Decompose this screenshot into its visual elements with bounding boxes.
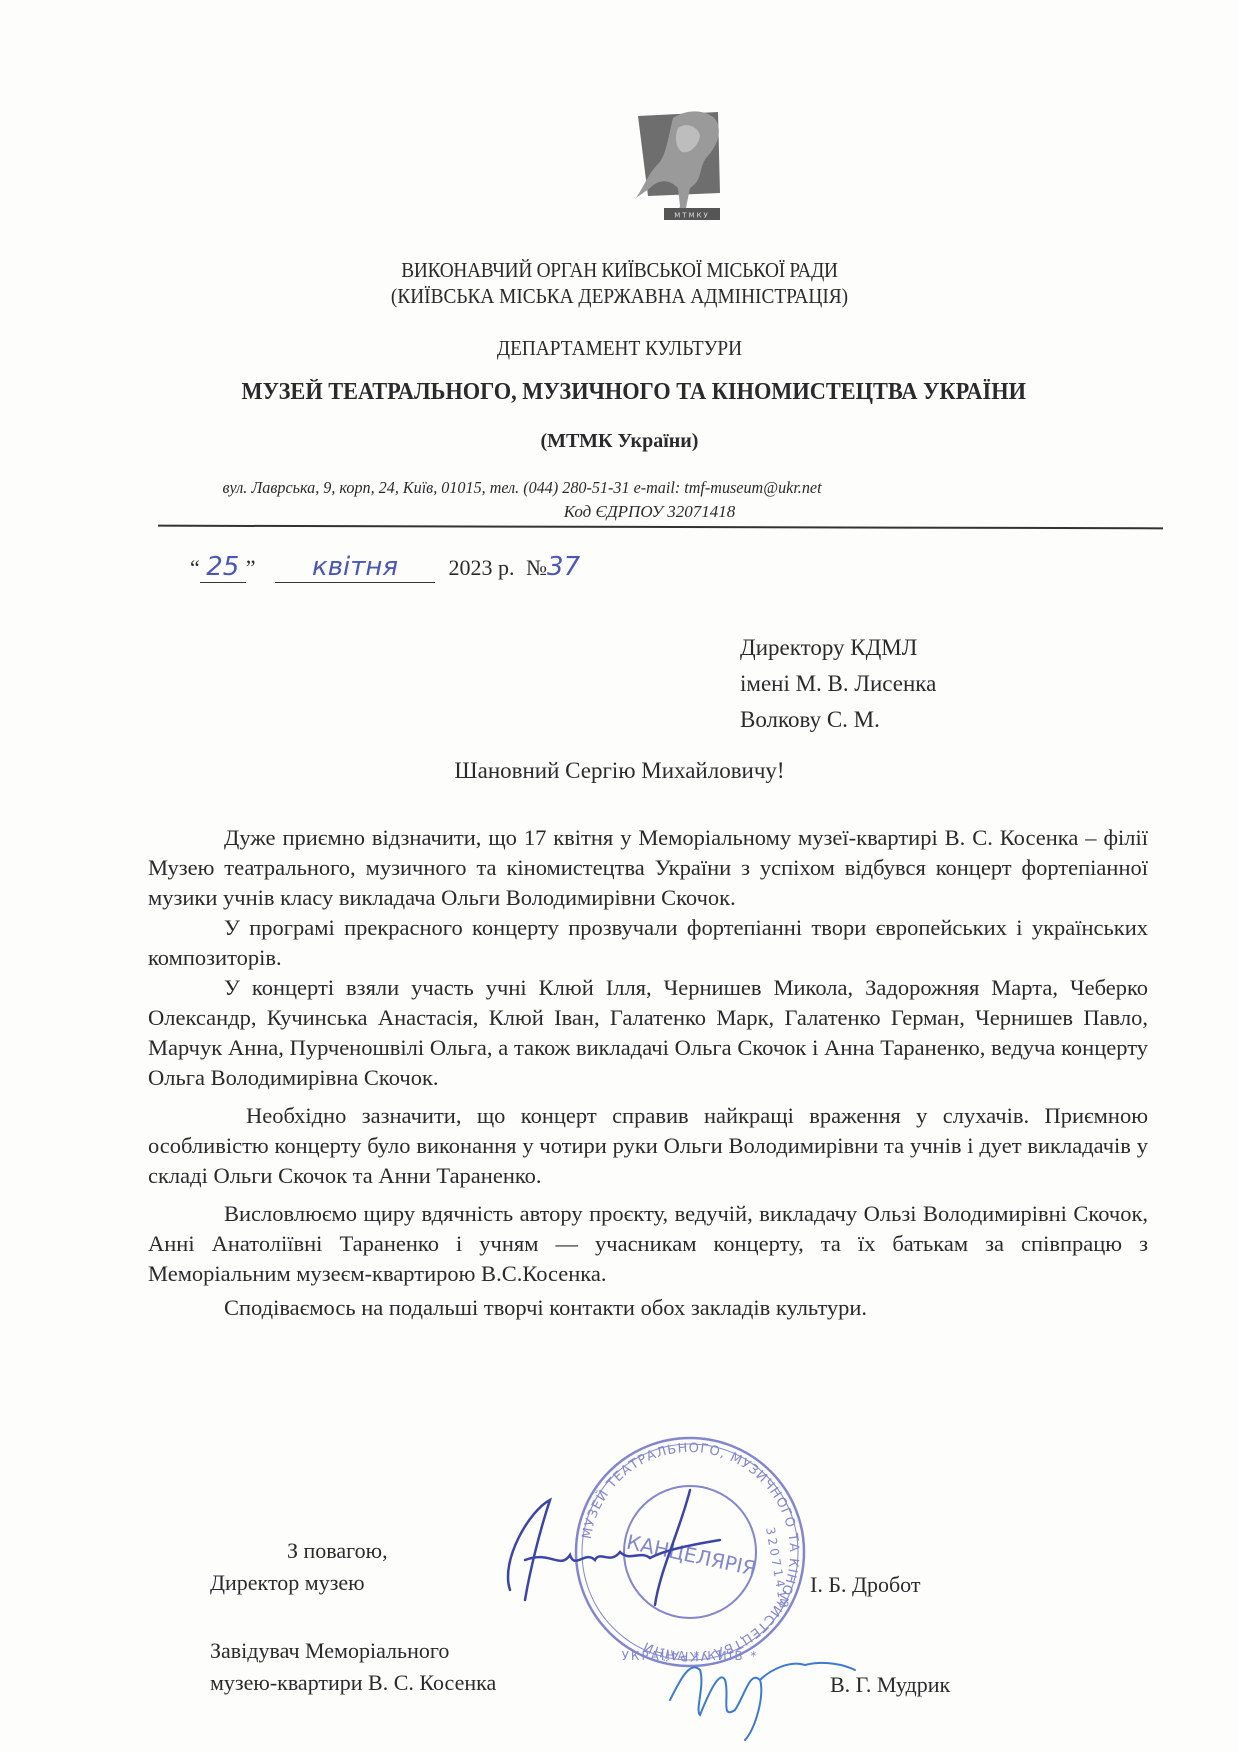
body-paragraph: У програмі прекрасного концерту прозвуча… <box>148 913 1148 973</box>
closing-phrase: З повагою, <box>287 1538 388 1564</box>
museum-logo: МТМКУ <box>628 108 748 223</box>
museum-address: вул. Лаврська, 9, корп, 24, Київ, 01015,… <box>223 478 1078 498</box>
edrpou-code: Код ЄДРПОУ 32071418 <box>0 502 1239 522</box>
head-name: В. Г. Мудрик <box>830 1672 950 1698</box>
museum-abbreviation: (МТМК України) <box>0 430 1239 453</box>
recipient-line-2: імені М. В. Лисенка <box>740 666 936 702</box>
director-name: І. Б. Дробот <box>810 1572 920 1598</box>
body-paragraph: Необхідно зазначити, що концерт справив … <box>148 1101 1148 1191</box>
body-paragraph: Висловлюємо щиру вдячність автору проєкт… <box>148 1199 1148 1289</box>
date-month: квітня <box>275 552 435 583</box>
authority-line-2: (КИЇВСЬКА МІСЬКА ДЕРЖАВНА АДМІНІСТРАЦІЯ) <box>50 284 1190 309</box>
open-quote: “ <box>190 555 200 580</box>
signature-icon <box>490 1480 770 1620</box>
authority-line-1: ВИКОНАВЧИЙ ОРГАН КИЇВСЬКОЇ МІСЬКОЇ РАДИ <box>50 258 1190 283</box>
document-number: 37 <box>547 552 580 582</box>
date-line: “25” квітня 2023 р. №37 <box>190 552 580 583</box>
director-signature <box>490 1480 770 1620</box>
close-quote: ” <box>246 555 256 580</box>
svg-text:МТМКУ: МТМКУ <box>674 212 710 220</box>
director-title: Директор музею <box>210 1570 365 1596</box>
recipient-line-1: Директору КДМЛ <box>740 630 936 666</box>
letter-body: Дуже приємно відзначити, що 17 квітня у … <box>148 823 1148 1323</box>
head-title-line-2: музею-квартири В. С. Косенка <box>210 1670 496 1696</box>
body-paragraph: У концерті взяли участь учні Клюй Ілля, … <box>148 973 1148 1093</box>
dancer-logo-icon: МТМКУ <box>628 108 748 223</box>
number-sign: № <box>526 555 547 580</box>
header-divider <box>158 525 1163 530</box>
date-year: 2023 р. <box>449 555 515 580</box>
recipient-block: Директору КДМЛ імені М. В. Лисенка Волко… <box>740 630 936 738</box>
department-name: ДЕПАРТАМЕНТ КУЛЬТУРИ <box>50 336 1190 361</box>
date-day: 25 <box>200 552 246 583</box>
greeting: Шановний Сергію Михайловичу! <box>0 758 1239 784</box>
body-paragraph: Сподіваємось на подальші творчі контакти… <box>148 1293 1148 1323</box>
body-paragraph: Дуже приємно відзначити, що 17 квітня у … <box>148 823 1148 913</box>
head-title-line-1: Завідувач Меморіального <box>210 1638 449 1664</box>
recipient-line-3: Волкову С. М. <box>740 702 936 738</box>
museum-name: МУЗЕЙ ТЕАТРАЛЬНОГО, МУЗИЧНОГО ТА КІНОМИС… <box>242 379 1079 406</box>
